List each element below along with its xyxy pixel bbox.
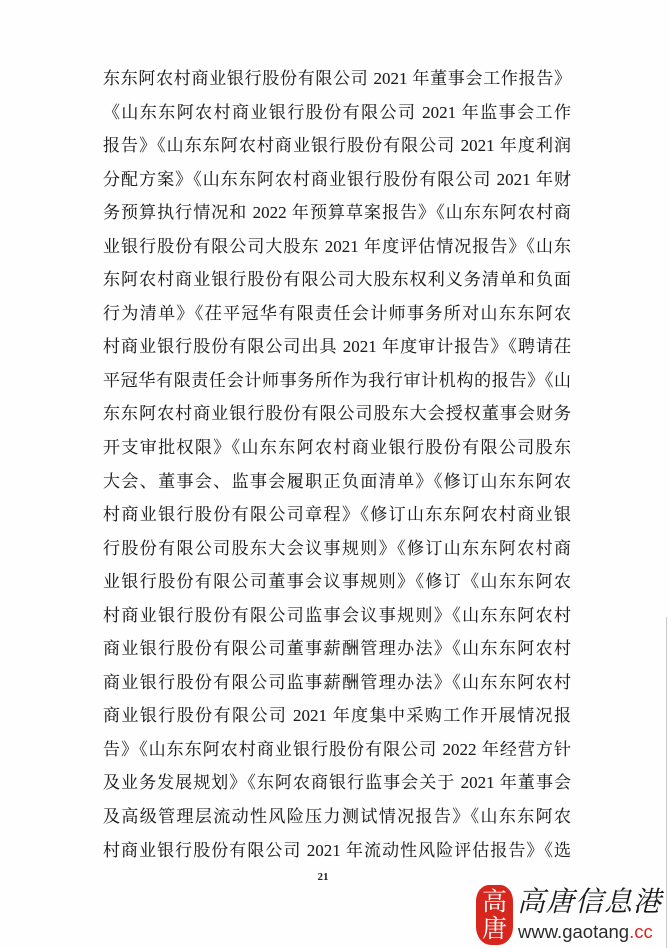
seal-logo-icon: 高 唐: [476, 885, 513, 945]
seal-char-bottom: 唐: [482, 915, 507, 942]
text-line: 业银行股份有限公司大股东 2021 年度评估情况报告》《山东: [103, 230, 571, 264]
text-line: 及高级管理层流动性风险压力测试情况报告》《山东东阿农: [103, 800, 571, 834]
text-line: 业银行股份有限公司董事会议事规则》《修订《山东东阿农: [103, 565, 571, 599]
text-line: 分配方案》《山东东阿农村商业银行股份有限公司 2021 年财: [103, 163, 571, 197]
text-line: 东东阿农村商业银行股份有限公司 2021 年董事会工作报告》: [103, 62, 571, 96]
watermark-url-tld: .cc: [629, 921, 653, 942]
text-line: 村商业银行股份有限公司监事会议事规则》《山东东阿农村: [103, 599, 571, 633]
text-line: 村商业银行股份有限公司 2021 年流动性风险评估报告》《选: [103, 834, 571, 868]
text-line: 商业银行股份有限公司 2021 年度集中采购工作开展情况报: [103, 699, 571, 733]
text-line: 村商业银行股份有限公司出具 2021 年度审计报告》《聘请茌: [103, 330, 571, 364]
text-line: 《山东东阿农村商业银行股份有限公司 2021 年监事会工作: [103, 96, 571, 130]
watermark-url: www.gaotang.cc: [518, 921, 653, 943]
watermark: 高 唐 高唐信息港 www.gaotang.cc: [476, 884, 668, 946]
watermark-title: 高唐信息港: [517, 884, 662, 920]
text-line: 东东阿农村商业银行股份有限公司股东大会授权董事会财务: [103, 397, 571, 431]
text-line: 报告》《山东东阿农村商业银行股份有限公司 2021 年度利润: [103, 129, 571, 163]
document-body: 东东阿农村商业银行股份有限公司 2021 年董事会工作报告》 《山东东阿农村商业…: [103, 62, 571, 867]
text-line: 务预算执行情况和 2022 年预算草案报告》《山东东阿农村商: [103, 196, 571, 230]
text-line: 开支审批权限》《山东东阿农村商业银行股份有限公司股东: [103, 431, 571, 465]
text-line: 及业务发展规划》《东阿农商银行监事会关于 2021 年董事会: [103, 766, 571, 800]
text-line: 行股份有限公司股东大会议事规则》《修订山东东阿农村商: [103, 532, 571, 566]
text-line: 平冠华有限责任会计师事务所作为我行审计机构的报告》《山: [103, 364, 571, 398]
text-line: 商业银行股份有限公司监事薪酬管理办法》《山东东阿农村: [103, 666, 571, 700]
text-line: 告》《山东东阿农村商业银行股份有限公司 2022 年经营方针: [103, 733, 571, 767]
text-line: 商业银行股份有限公司董事薪酬管理办法》《山东东阿农村: [103, 632, 571, 666]
text-line: 行为清单》《茌平冠华有限责任会计师事务所对山东东阿农: [103, 297, 571, 331]
page-number: 21: [310, 871, 336, 883]
text-line: 东阿农村商业银行股份有限公司大股东权利义务清单和负面: [103, 263, 571, 297]
watermark-url-main: www.gaotang: [518, 921, 629, 942]
text-line: 大会、董事会、监事会履职正负面清单》《修订山东东阿农: [103, 465, 571, 499]
seal-char-top: 高: [482, 888, 507, 915]
text-line: 村商业银行股份有限公司章程》《修订山东东阿农村商业银: [103, 498, 571, 532]
